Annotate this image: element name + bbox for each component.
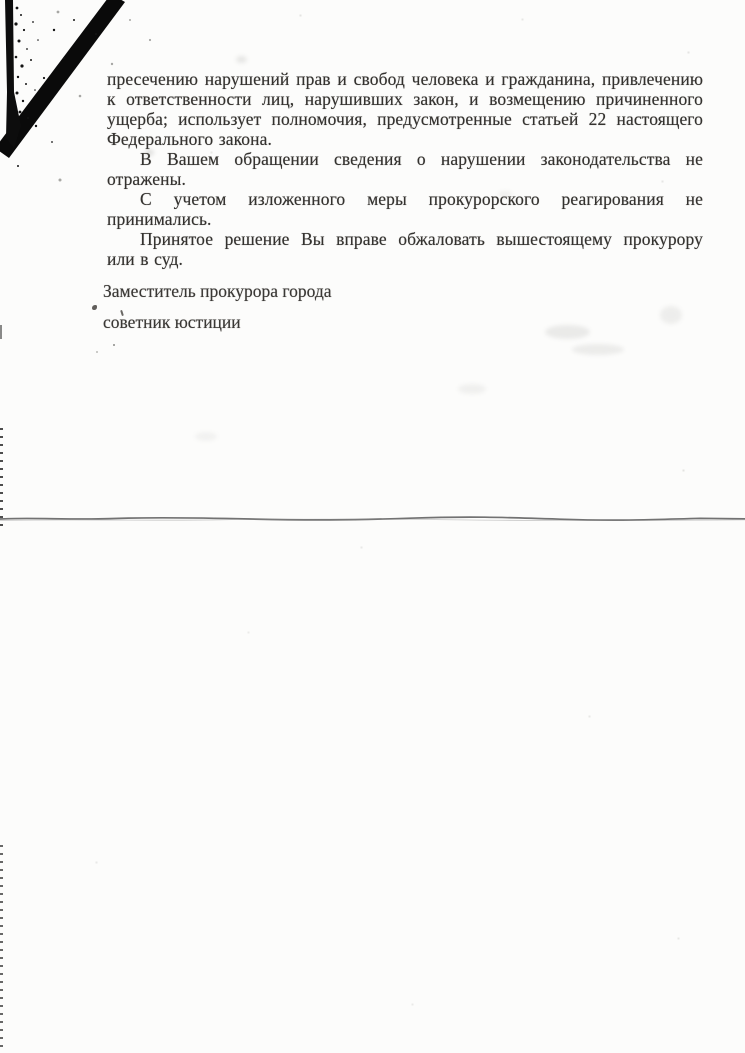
body-line: ущерба; использует полномочия, предусмот… [107,109,703,129]
scan-edge-tick [0,325,2,339]
paper-crease-line [0,511,745,527]
body-line: Принятое решение Вы вправе обжаловать вы… [107,229,703,249]
body-line: или в суд. [107,249,703,269]
signer-rank: советник юстиции [103,312,503,332]
paper-smudge [660,306,682,324]
body-line: Федерального закона. [107,129,703,149]
paper-smudge [545,325,590,339]
body-line: пресечению нарушений прав и свобод челов… [107,69,703,89]
paper-smudge [458,384,486,394]
body-line: отражены. [107,169,703,189]
scan-edge-noise [0,845,3,1053]
paper-smudge [236,56,247,63]
ink-dot [96,351,98,353]
body-line: В Вашем обращении сведения о нарушении з… [107,149,703,169]
paper-smudge [498,191,512,198]
ink-blot-mark [92,305,97,310]
paper-smudge [195,432,217,441]
signature-block: Заместитель прокурора города советник юс… [103,281,503,332]
body-line: принимались. [107,209,703,229]
paper-dust [0,0,1,1]
paper-smudge [572,344,624,355]
ink-dot [113,344,115,346]
letter-body: пресечению нарушений прав и свобод челов… [107,69,703,269]
paper-smudge [145,149,154,156]
body-line: к ответственности лиц, нарушивших закон,… [107,89,703,109]
scan-edge-noise [0,428,3,528]
body-line: С учетом изложенного меры прокурорского … [107,189,703,209]
signer-position: Заместитель прокурора города [103,281,503,301]
scanned-document-page: пресечению нарушений прав и свобод челов… [0,0,745,1053]
